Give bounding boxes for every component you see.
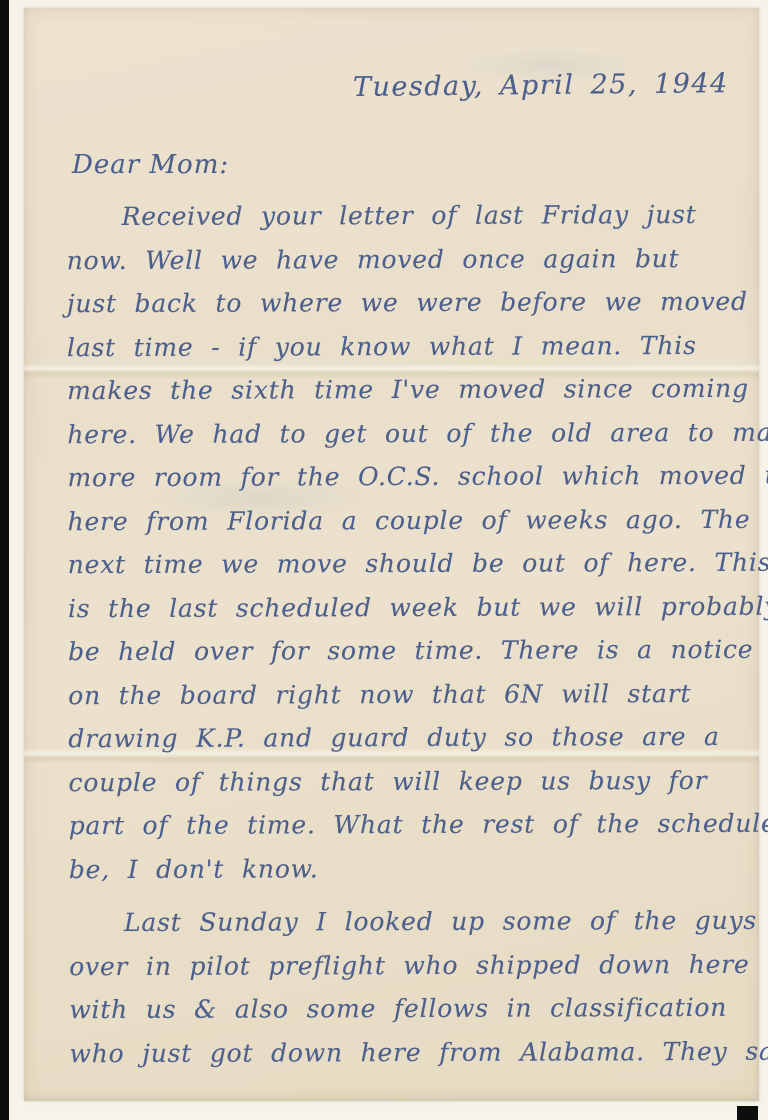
date-line: Tuesday, April 25, 1944 [353,68,729,103]
scanned-letter: Tuesday, April 25, 1944 Dear Mom: Receiv… [0,0,768,1120]
handwritten-line: is the last scheduled week but we will p… [68,584,740,630]
handwritten-line: on the board right now that 6N will star… [68,671,740,717]
handwritten-line: now. Well we have moved once again but [67,236,739,282]
paragraph: Received your letter of last Friday just… [66,193,740,891]
handwritten-line: who just got down here from Alabama. The… [69,1029,741,1075]
handwritten-line: over in pilot preflight who shipped down… [69,942,741,988]
handwritten-line: with us & also some fellows in classific… [69,986,741,1032]
handwritten-line: drawing K.P. and guard duty so those are… [68,715,740,761]
handwritten-line: here from Florida a couple of weeks ago.… [68,497,740,543]
handwritten-line: here. We had to get out of the old area … [67,410,739,456]
handwritten-line: just back to where we were before we mov… [67,280,739,326]
handwritten-line: makes the sixth time I've moved since co… [67,367,739,413]
handwritten-line: more room for the O.C.S. school which mo… [67,454,739,500]
letter-body: Received your letter of last Friday just… [66,193,741,1075]
scan-corner-mark [737,1106,758,1120]
handwritten-line: next time we move should be out of here.… [68,541,740,587]
handwritten-line: part of the time. What the rest of the s… [69,802,741,848]
handwritten-line: couple of things that will keep us busy … [68,758,740,804]
paragraph: Last Sunday I looked up some of the guys… [69,899,742,1075]
handwritten-line: Last Sunday I looked up some of the guys [69,899,741,945]
handwritten-line: Received your letter of last Friday just [66,193,738,239]
handwritten-line: last time - if you know what I mean. Thi… [67,323,739,369]
salutation: Dear Mom: [72,150,229,180]
letter-paper: Tuesday, April 25, 1944 Dear Mom: Receiv… [24,8,759,1101]
scan-edge-strip [0,0,9,1120]
handwritten-line: be, I don't know. [69,845,741,891]
handwritten-line: be held over for some time. There is a n… [68,628,740,674]
